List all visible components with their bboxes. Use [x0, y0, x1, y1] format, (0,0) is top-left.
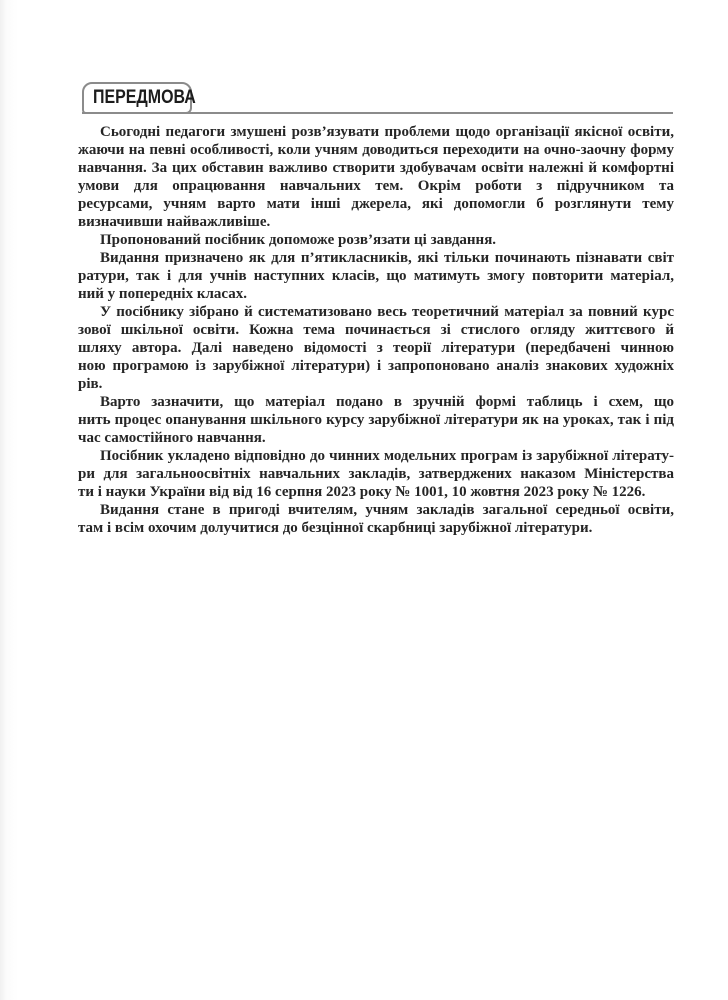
text-line: умови для опрацювання навчальних тем. Ок… [78, 177, 674, 195]
book-page: ПЕРЕДМОВА Сьогодні педагоги змушені розв… [0, 0, 728, 1000]
paragraph: Видання призначено як для п’ятикласників… [78, 249, 674, 303]
preface-heading-tab: ПЕРЕДМОВА [82, 82, 192, 114]
text-line: Видання призначено як для п’ятикласників… [78, 249, 674, 267]
paragraph: Посібник укладено відповідно до чинних м… [78, 447, 674, 501]
paragraph: Видання стане в пригоді вчителям, учням … [78, 501, 674, 537]
text-line: ресурсами, учням варто мати інші джерела… [78, 195, 674, 213]
text-line: Сьогодні педагоги змушені розв’язувати п… [78, 123, 674, 141]
preface-heading-label: ПЕРЕДМОВА [93, 87, 196, 109]
paragraph: Пропонований посібник допоможе розв’язат… [78, 231, 674, 249]
text-line: шляху автора. Далі наведено відомості з … [78, 339, 674, 357]
text-line: Видання стане в пригоді вчителям, учням … [78, 501, 674, 519]
text-line: Пропонований посібник допоможе розв’язат… [78, 231, 674, 249]
text-line: там і всім охочим долучитися до безцінно… [78, 519, 674, 537]
text-line: зової шкільної освіти. Кожна тема почина… [78, 321, 674, 339]
text-line: рів. [78, 375, 674, 393]
text-line: Варто зазначити, що матеріал подано в зр… [78, 393, 674, 411]
text-line: Посібник укладено відповідно до чинних м… [78, 447, 674, 465]
text-line: ти і науки України від від 16 серпня 202… [78, 483, 674, 501]
paragraph: У посібнику зібрано й систематизовано ве… [78, 303, 674, 393]
paragraph: Варто зазначити, що матеріал подано в зр… [78, 393, 674, 447]
text-line: визначивши найважливіше. [78, 213, 674, 231]
text-line: час самостійного навчання. [78, 429, 674, 447]
text-line: ний у попередніх класах. [78, 285, 674, 303]
preface-text: Сьогодні педагоги змушені розв’язувати п… [78, 123, 674, 537]
text-line: ратури, так і для учнів наступних класів… [78, 267, 674, 285]
text-line: жаючи на певні особливості, коли учням д… [78, 141, 674, 159]
text-line: навчання. За цих обставин важливо створи… [78, 159, 674, 177]
paragraph: Сьогодні педагоги змушені розв’язувати п… [78, 123, 674, 231]
text-line: У посібнику зібрано й систематизовано ве… [78, 303, 674, 321]
text-line: ною програмою із зарубіжної літератури) … [78, 357, 674, 375]
text-line: нить процес опанування шкільного курсу з… [78, 411, 674, 429]
text-line: ри для загальноосвітніх навчальних закла… [78, 465, 674, 483]
